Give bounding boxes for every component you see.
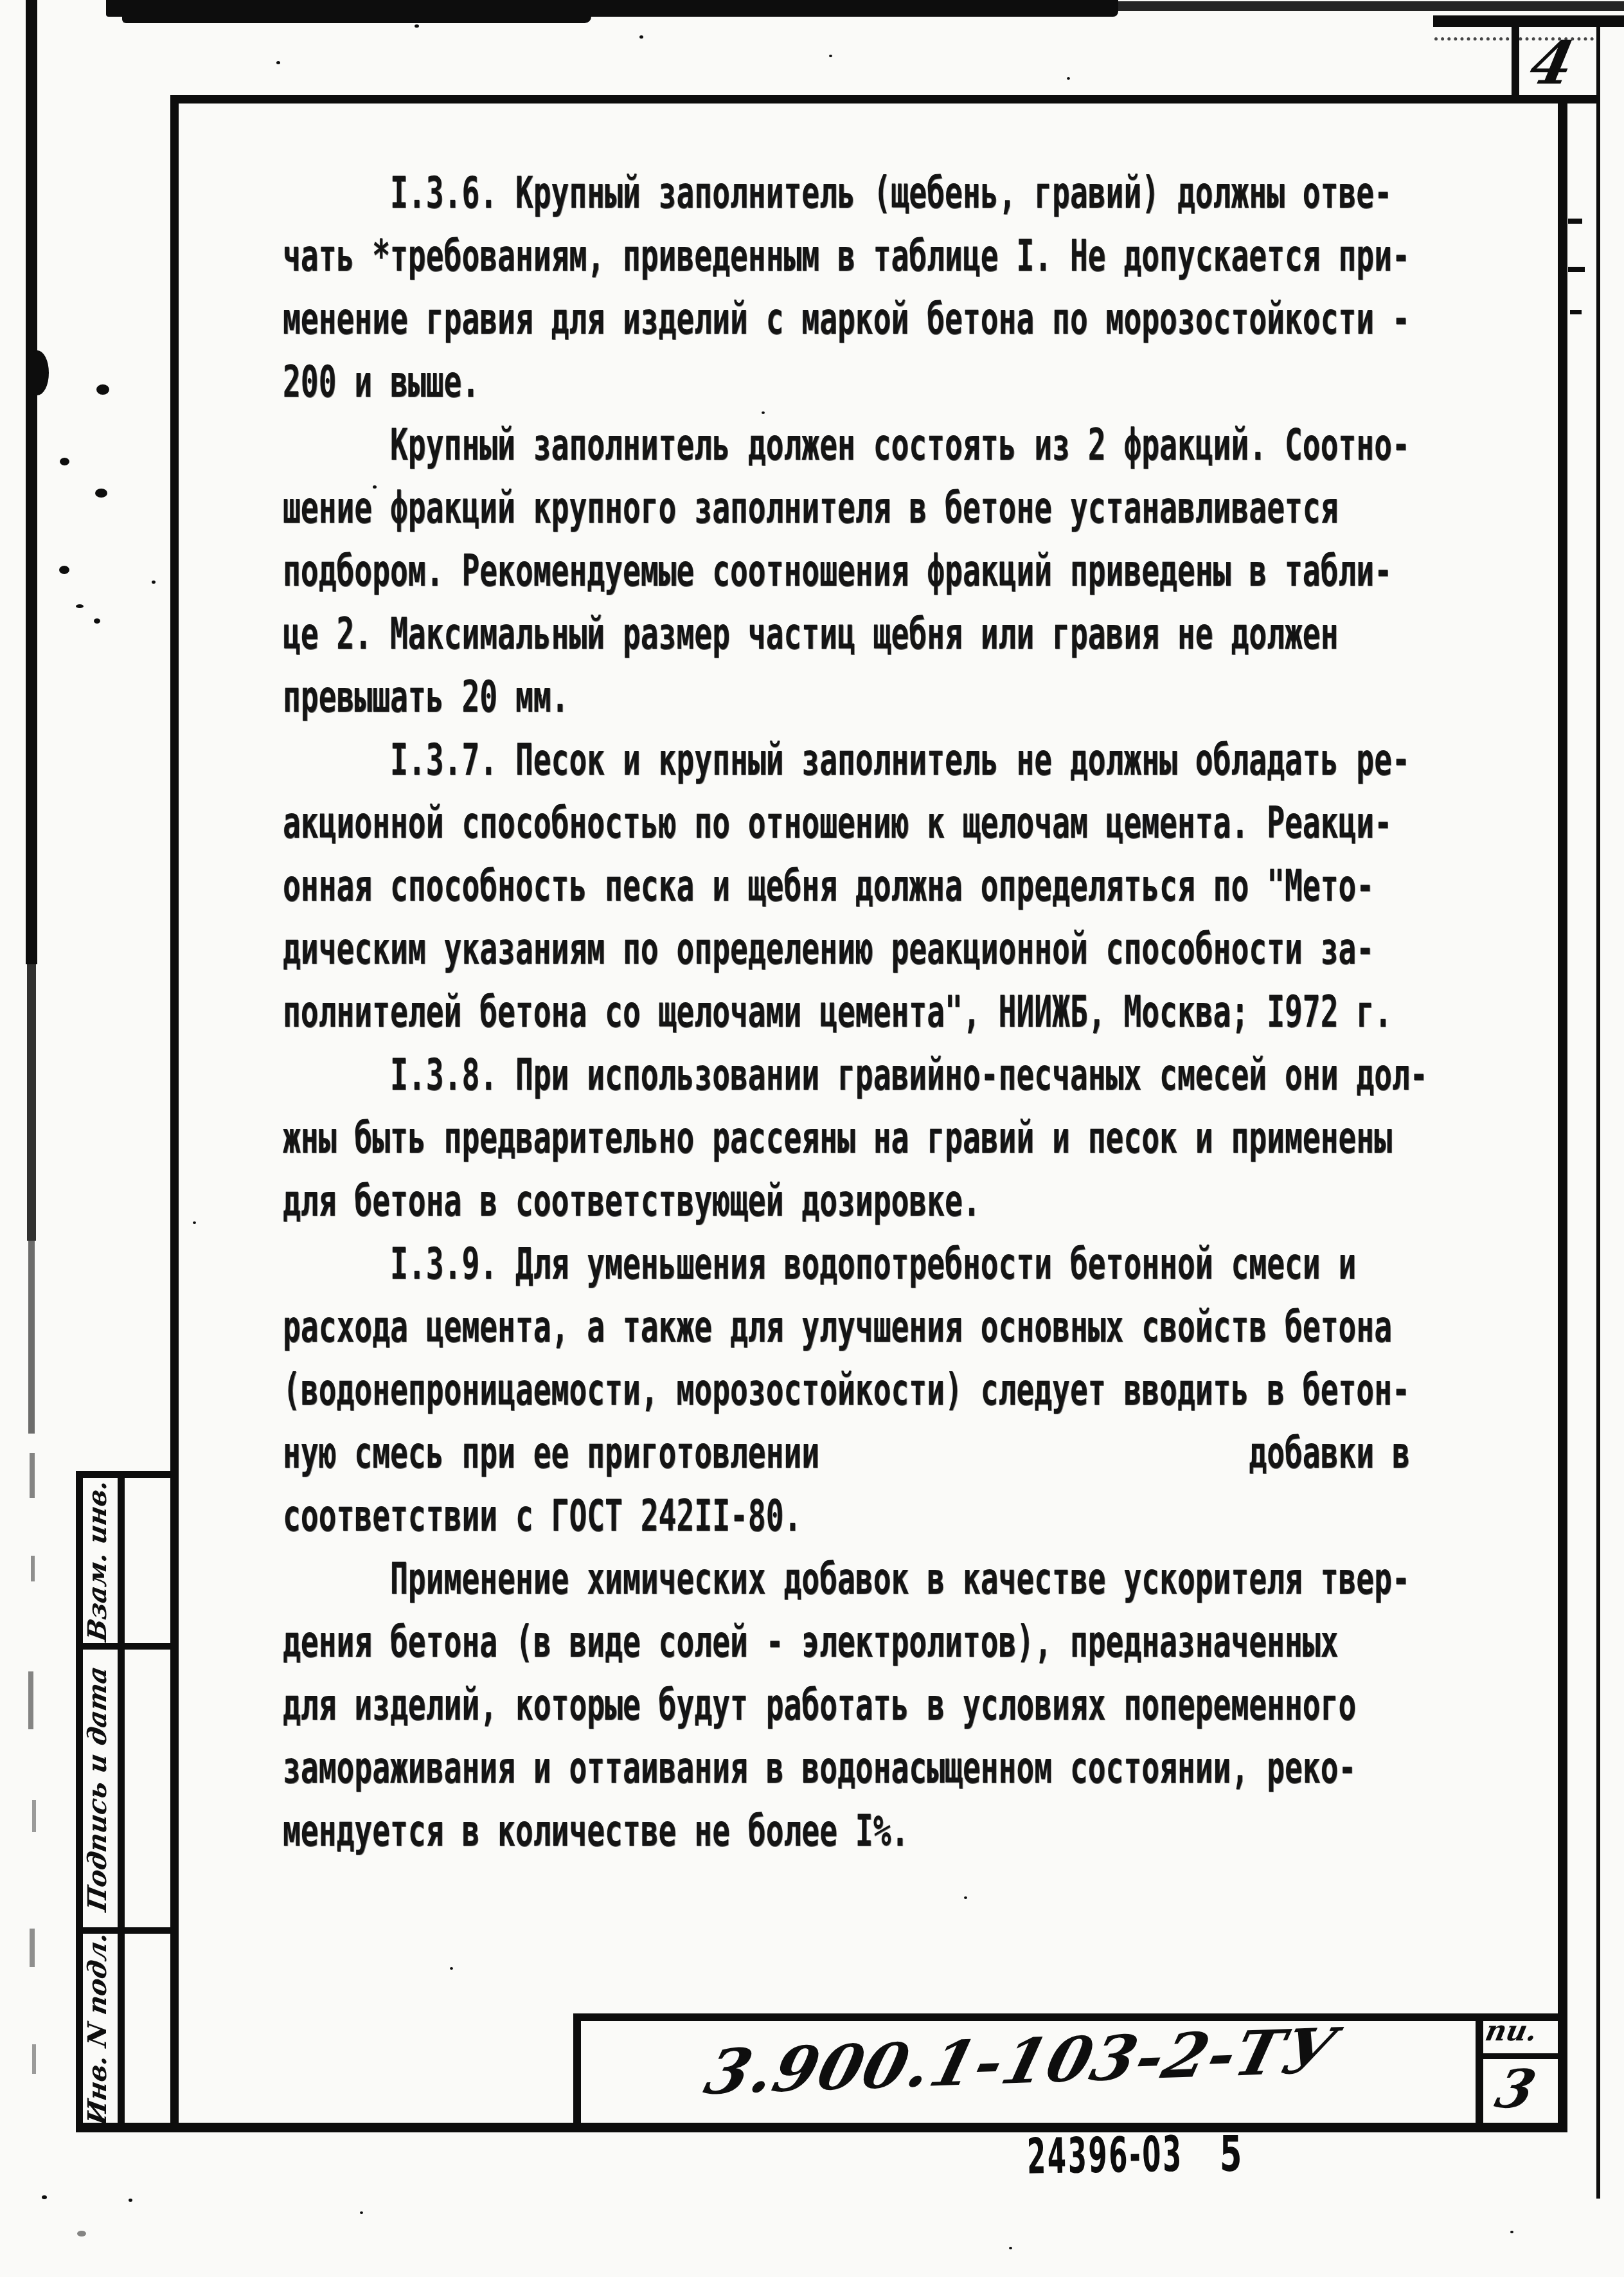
text-line: I.3.9. Для уменьшения водопотребности бе…	[283, 1233, 1463, 1296]
scan-left-dash	[32, 1800, 36, 1832]
ink-speck	[96, 384, 109, 395]
ink-speck	[1067, 77, 1070, 80]
ink-speck	[95, 489, 107, 498]
scan-top-band-thick	[122, 0, 591, 23]
text-line: чать *требованиям, приведенным в таблице…	[283, 225, 1463, 288]
text-line: замораживания и оттаивания в водонасыщен…	[283, 1737, 1463, 1800]
text-line: менение гравия для изделий с маркой бето…	[283, 288, 1463, 351]
frame-right-line	[1558, 95, 1567, 2131]
text-line: це 2. Максимальный размер частиц щебня и…	[283, 603, 1463, 666]
scan-left-dash	[32, 2044, 36, 2074]
scan-left-strip-bump	[26, 350, 49, 395]
text-line: соответствии с ГОСТ 242II-80.	[283, 1485, 1463, 1548]
ink-speck	[639, 35, 643, 39]
title-block-left-line	[573, 2013, 581, 2124]
sheet-cell-label-handwritten: пи.	[1483, 2015, 1540, 2048]
frame-bottom-line	[76, 2123, 1567, 2132]
text-line: превышать 20 мм.	[283, 666, 1463, 729]
outer-right-line	[1596, 19, 1600, 2199]
scan-left-dash	[30, 1929, 35, 1967]
ink-speck	[129, 2199, 132, 2202]
text-line: жны быть предварительно рассеяны на грав…	[283, 1107, 1463, 1170]
scan-left-strip-mid	[27, 964, 36, 1241]
stamp-page-number: 5	[1220, 2125, 1242, 2182]
margin-block-top-line	[76, 1471, 177, 1478]
text-line: дения бетона (в виде солей - электролито…	[283, 1611, 1463, 1674]
scan-left-dash	[28, 1671, 33, 1729]
ink-speck	[964, 1896, 967, 1899]
ink-speck	[276, 61, 280, 64]
text-line: I.3.7. Песок и крупный заполнитель не до…	[283, 729, 1463, 792]
text-line: для изделий, которые будут работать в ус…	[283, 1674, 1463, 1737]
text-line: 200 и выше.	[283, 351, 1463, 414]
stamp-code-text: 24396-03	[1026, 2125, 1183, 2185]
document-code-handwritten: 3.900.1-103-2-ТУ	[698, 2014, 1344, 2109]
text-line: для бетона в соответствующей дозировке.	[283, 1170, 1463, 1233]
ink-speck	[1510, 2231, 1513, 2233]
ink-speck	[76, 604, 84, 608]
text-line: дическим указаниям по определению реакци…	[283, 918, 1463, 981]
margin-cell-inv-podl: Инв. N подл.	[76, 1934, 119, 2123]
text-line: онная способность песка и щебня должна о…	[283, 855, 1463, 918]
scan-left-strip	[26, 0, 37, 964]
text-line: шение фракций крупного заполнителя в бет…	[283, 477, 1463, 540]
ink-speck	[42, 2195, 47, 2199]
text-line: акционной способностью по отношению к ще…	[283, 792, 1463, 855]
text-line: полнителей бетона со щелочами цемента", …	[283, 981, 1463, 1044]
text-line: I.3.6. Крупный заполнитель (щебень, грав…	[283, 162, 1463, 225]
ink-speck	[539, 694, 542, 697]
frame-left-line	[170, 95, 179, 2131]
text-line: (водонепроницаемости, морозостойкости) с…	[283, 1359, 1463, 1422]
page-number-box-left	[1512, 19, 1519, 96]
typewritten-text-block: I.3.6. Крупный заполнитель (щебень, грав…	[283, 162, 1463, 1863]
margin-block-row-divider	[76, 1643, 177, 1650]
ink-speck	[762, 411, 765, 414]
text-line: подбором. Рекомендуемые соотношения фрак…	[283, 540, 1463, 603]
title-block-divider-line	[1476, 2013, 1483, 2124]
text-line: мендуется в количестве не более I%.	[283, 1800, 1463, 1863]
margin-label: Подпись и дата	[82, 1664, 112, 1913]
frame-top-line	[170, 95, 1600, 104]
ink-speck	[77, 2231, 86, 2236]
title-block-top-line	[573, 2013, 1566, 2021]
ink-speck	[94, 618, 100, 624]
margin-cell-podpis-data: Подпись и дата	[76, 1650, 119, 1927]
ink-speck	[373, 485, 377, 489]
scan-left-strip-low	[28, 1241, 35, 1434]
scanned-document-page: 4 I.3.6. Крупный заполнитель (щебень, гр…	[0, 0, 1624, 2277]
scan-top-band-right	[1118, 1, 1624, 11]
text-line: Применение химических добавок в качестве…	[283, 1548, 1463, 1611]
margin-cell-vzam-inv: Взам. инв.	[76, 1478, 119, 1643]
scan-right-tick	[1570, 310, 1582, 314]
ink-speck	[59, 566, 69, 574]
sheet-number-handwritten: 3	[1490, 2058, 1542, 2120]
margin-label: Взам. инв.	[82, 1478, 112, 1644]
ink-speck	[1009, 2247, 1012, 2249]
scan-right-tick	[1568, 219, 1582, 224]
ink-speck	[415, 24, 419, 28]
ink-speck	[450, 1967, 453, 1970]
text-line: Крупный заполнитель должен состоять из 2…	[283, 414, 1463, 477]
text-line: I.3.8. При использовании гравийно-песчан…	[283, 1044, 1463, 1107]
text-line: расхода цемента, а также для улучшения о…	[283, 1296, 1463, 1359]
ink-speck	[193, 1221, 196, 1224]
ink-speck	[152, 580, 156, 584]
scan-left-dash	[31, 1556, 35, 1581]
ink-speck	[360, 2211, 363, 2214]
margin-label: Инв. N подл.	[82, 1930, 112, 2127]
scan-left-dash	[30, 1453, 35, 1498]
scan-right-tick	[1568, 267, 1585, 272]
page-number-box-top	[1504, 17, 1600, 26]
text-line: ную смесь при ее приготовлении добавки в	[283, 1422, 1463, 1485]
ink-speck	[829, 55, 832, 57]
stamp-code-print: 24396-03	[1026, 2123, 1311, 2185]
ink-speck	[60, 458, 69, 465]
